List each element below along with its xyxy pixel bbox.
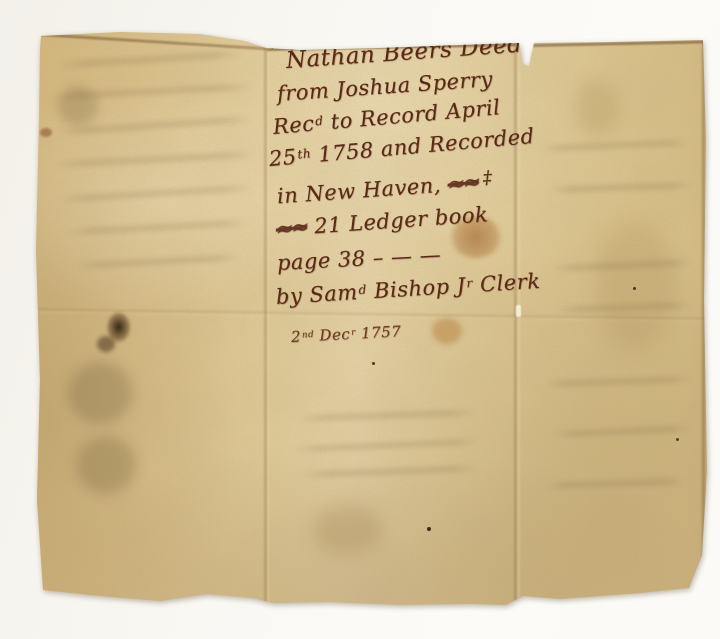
handwriting-text: Clerk [472,269,541,297]
bleedthrough-writing [64,219,249,236]
bleedthrough-writing [548,181,693,193]
handwriting-text: 25 [268,145,298,171]
bleedthrough-writing [544,375,694,387]
ink-fleck [372,362,375,365]
stain-orange-fleck [432,318,462,344]
bleedthrough-writing [552,259,692,272]
torn-edge-shade-right [702,42,705,587]
stain-red-fleck [40,128,52,137]
paper-shadow-wrap: Nathan Beers Deed from Joshua Sperry Rec… [0,0,720,639]
bleedthrough-writing [292,438,482,453]
bleedthrough-writing [298,409,478,422]
handwriting-line-ledger: ≈≈ 21 Ledger book [275,204,489,240]
aged-paper-document: Nathan Beers Deed from Joshua Sperry Rec… [0,0,720,639]
handwriting-text: Dec [314,325,351,345]
handwriting-text: in New Haven, [276,172,449,208]
handwriting-line-page: page 38 – — — [276,244,441,274]
fold-crease-vertical-left [263,47,270,604]
ink-fleck [427,527,431,531]
stain-faint [312,505,382,555]
stain-faint [574,80,620,136]
torn-edge-shade-top-right [533,40,704,47]
bleedthrough-writing [540,139,690,153]
bleedthrough-writing [300,465,480,478]
handwriting-text: Rec [272,111,315,139]
handwriting-text: page 38 – — — [276,242,441,275]
struck-out-scribble: ≈≈ [447,172,481,196]
bleedthrough-writing [556,302,691,314]
stain-dark-spot-small [97,336,115,352]
bleedthrough-writing [58,115,253,136]
bleedthrough-writing [76,254,241,270]
ink-correction-mark: ‡ [482,167,493,189]
bleedthrough-writing [54,83,254,100]
torn-edge-shade-top-left [39,33,267,50]
ink-fleck [633,287,636,290]
handwriting-line-clerk-signature: by Samd Bishop Jr Clerk [275,271,541,308]
handwriting-text: 21 Ledger book [306,202,489,239]
bleedthrough-writing [552,425,692,438]
handwriting-text: by Sam [275,280,358,309]
handwriting-text: 1757 [355,322,401,342]
bleedthrough-writing [54,151,254,168]
handwriting-line-date-written: 2nd Decr 1757 [291,324,402,345]
bleedthrough-writing [58,184,253,203]
stain-dark-spot [100,308,134,356]
handwriting-text: 2 [291,327,302,346]
struck-out-scribble: ≈≈ [275,216,309,240]
stain-faint [596,220,676,350]
photograph-of-document: Nathan Beers Deed from Joshua Sperry Rec… [0,0,720,639]
handwriting-text: Bishop J [366,273,466,303]
superscript: nd [302,330,315,341]
handwriting-line-place: in New Haven, ≈≈‡ [276,169,493,207]
paper-chip [516,305,521,317]
stain-smudge [68,362,132,424]
bleedthrough-writing [545,478,685,490]
ink-fleck [676,438,679,441]
bleedthrough-writing [58,50,243,68]
stain-smudge [76,436,136,494]
